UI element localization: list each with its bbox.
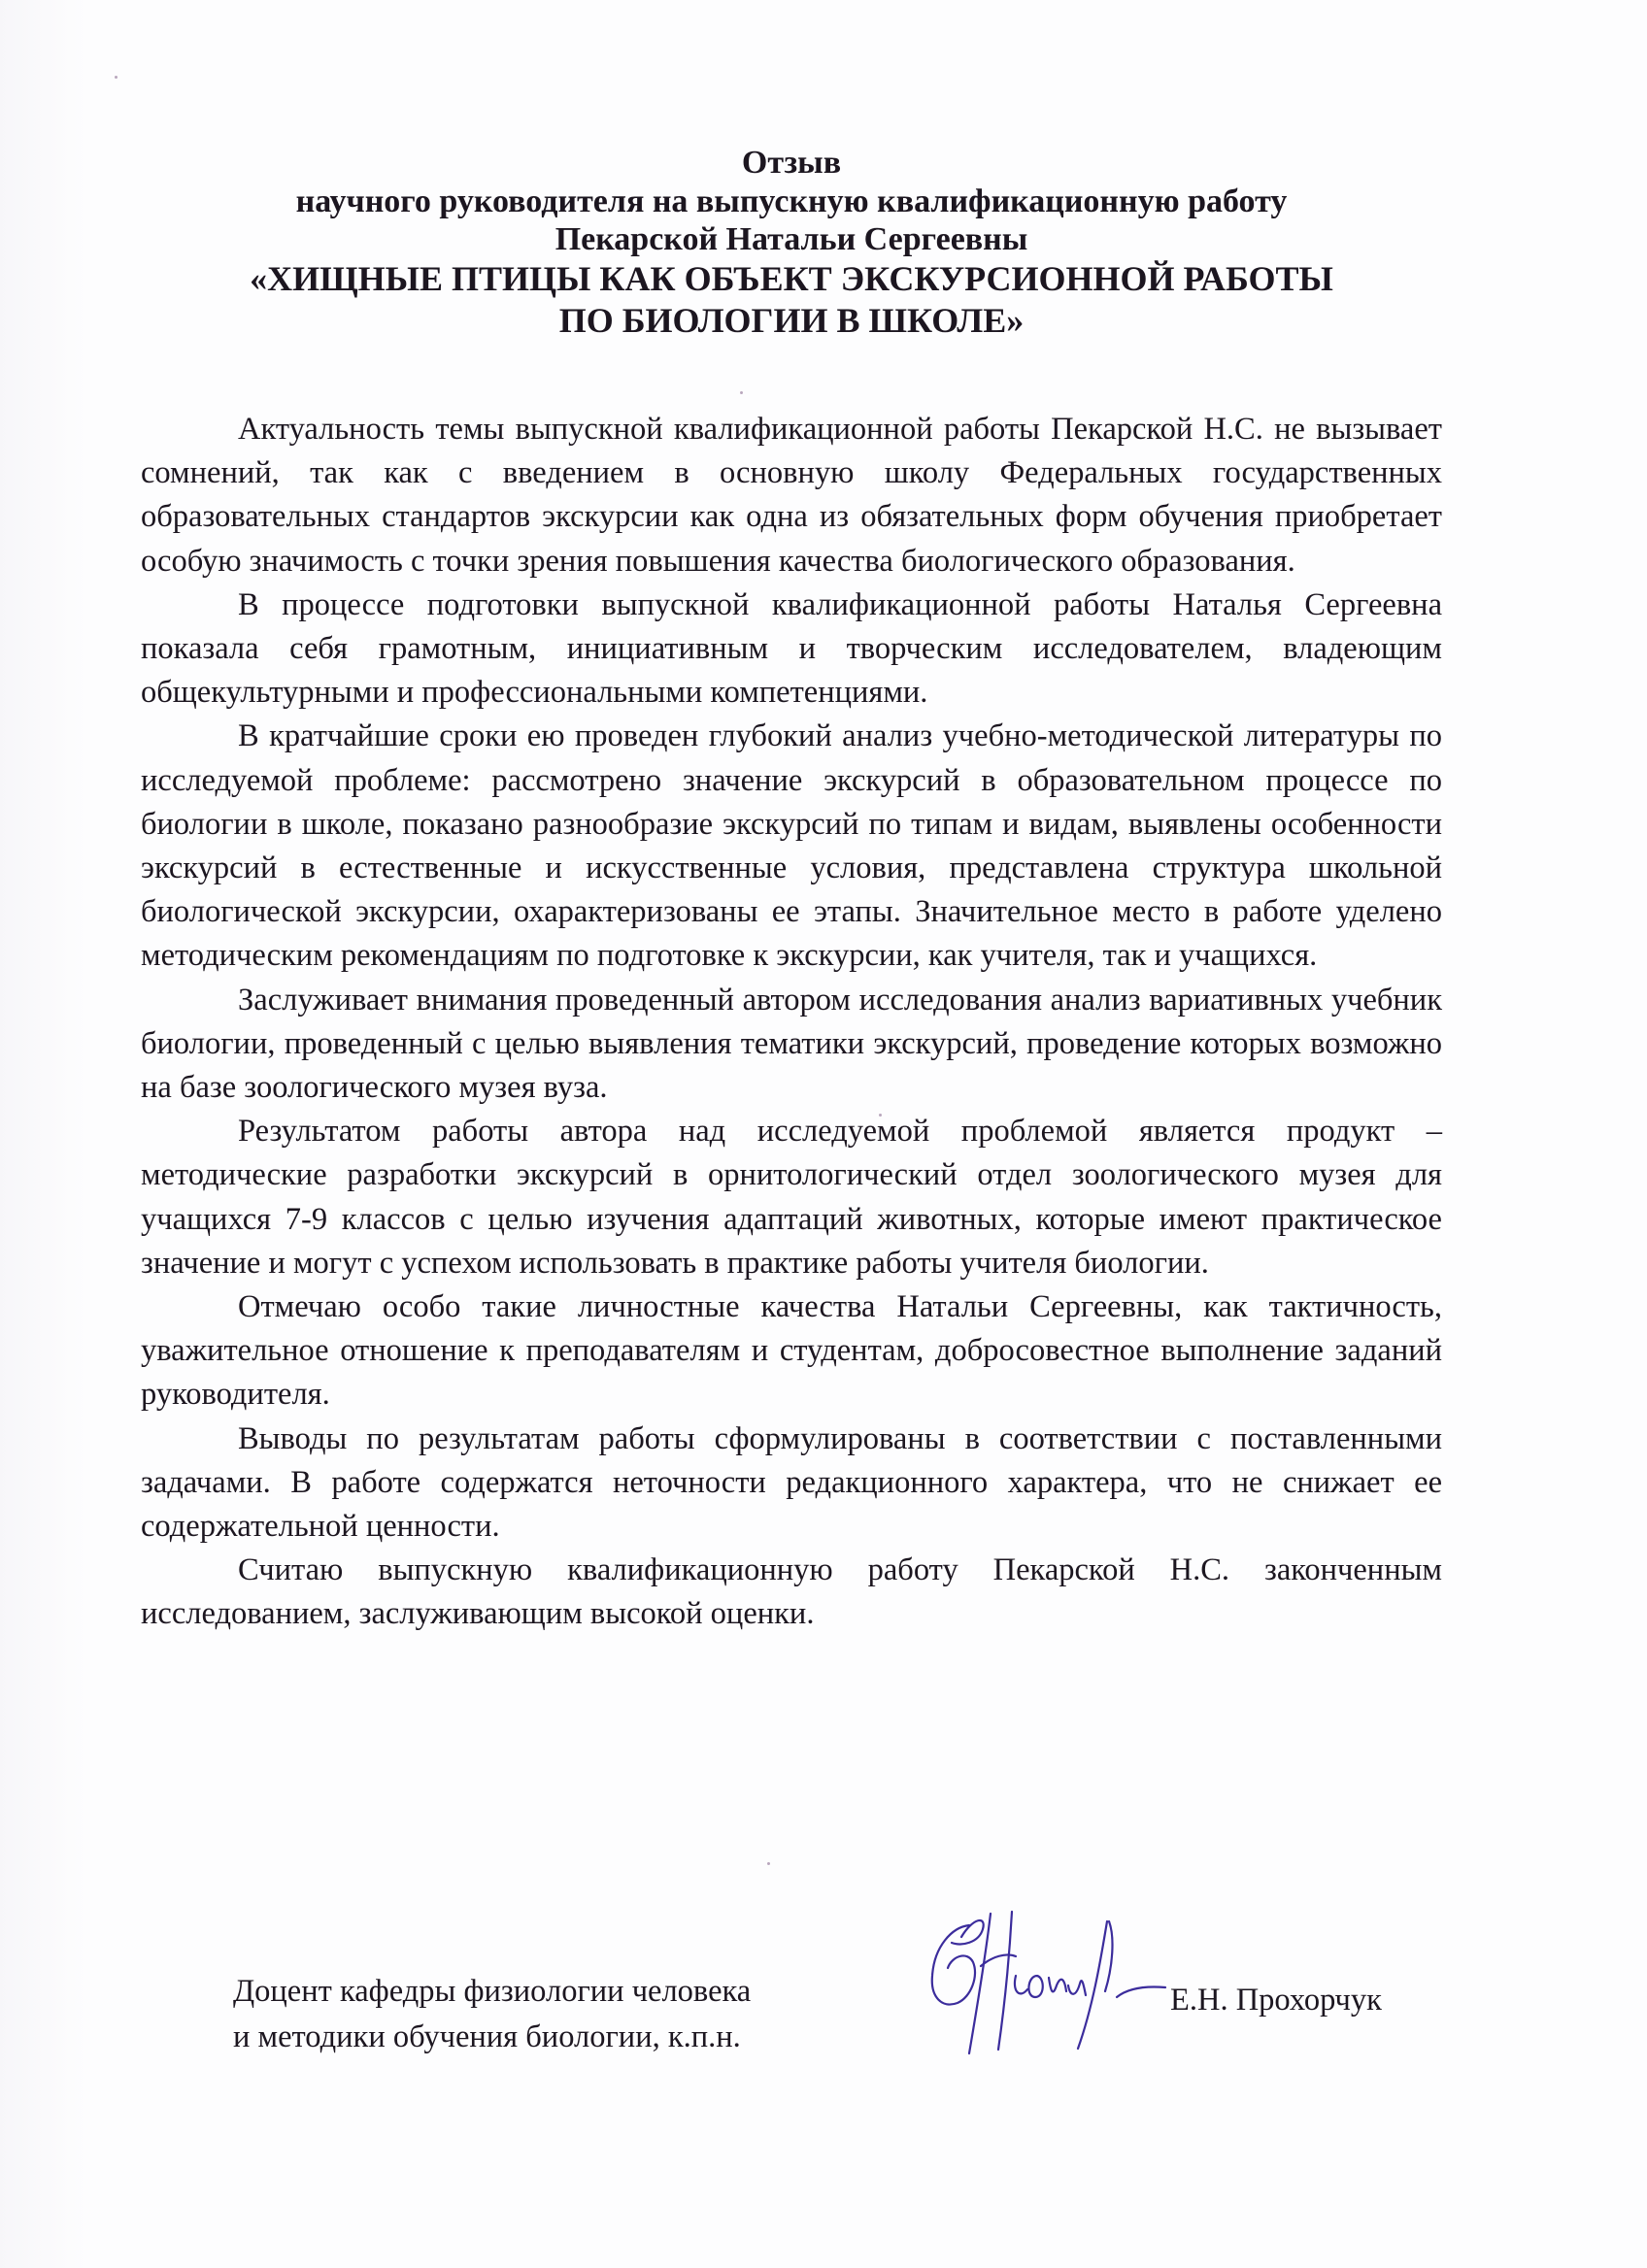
- title-line-review: Отзыв: [141, 144, 1442, 183]
- signer-position-line-2: и методики обучения биологии, к.п.н.: [233, 2015, 751, 2060]
- paragraph-conclusions: Выводы по результатам работы сформулиров…: [141, 1417, 1442, 1550]
- title-line-student-name: Пекарской Натальи Сергеевны: [141, 220, 1442, 258]
- signer-position: Доцент кафедры физиологии человека и мет…: [233, 1969, 751, 2060]
- scan-artifact: [879, 1114, 882, 1117]
- paragraph-result: Результатом работы автора над исследуемо…: [141, 1110, 1442, 1285]
- title-line-supervisor: научного руководителя на выпускную квали…: [141, 183, 1442, 220]
- paragraph-textbook-analysis: Заслуживает внимания проведенный автором…: [141, 979, 1442, 1111]
- paragraph-relevance: Актуальность темы выпускной квалификацио…: [141, 408, 1442, 584]
- paragraph-literature-analysis: В кратчайшие сроки ею проведен глубокий …: [141, 715, 1442, 978]
- scan-artifact: [115, 76, 118, 79]
- scan-artifact: [767, 1862, 770, 1865]
- signer-name: Е.Н. Прохорчук: [1170, 1981, 1382, 2019]
- review-body: Актуальность темы выпускной квалификацио…: [141, 408, 1442, 1637]
- scan-artifact: [740, 391, 743, 394]
- scanned-page: Отзыв научного руководителя на выпускную…: [0, 0, 1647, 2268]
- paragraph-personal-qualities: Отмечаю особо такие личностные качества …: [141, 1285, 1442, 1417]
- paragraph-final-assessment: Считаю выпускную квалификационную работу…: [141, 1549, 1442, 1636]
- paragraph-preparation: В процессе подготовки выпускной квалифик…: [141, 584, 1442, 716]
- handwritten-signature-icon: [923, 1908, 1175, 2102]
- signer-position-line-1: Доцент кафедры физиологии человека: [233, 1969, 751, 2015]
- title-line-thesis-topic-1: «ХИЩНЫЕ ПТИЦЫ КАК ОБЪЕКТ ЭКСКУРСИОННОЙ Р…: [141, 258, 1442, 300]
- title-line-thesis-topic-2: ПО БИОЛОГИИ В ШКОЛЕ»: [141, 300, 1442, 342]
- document-title: Отзыв научного руководителя на выпускную…: [141, 144, 1442, 342]
